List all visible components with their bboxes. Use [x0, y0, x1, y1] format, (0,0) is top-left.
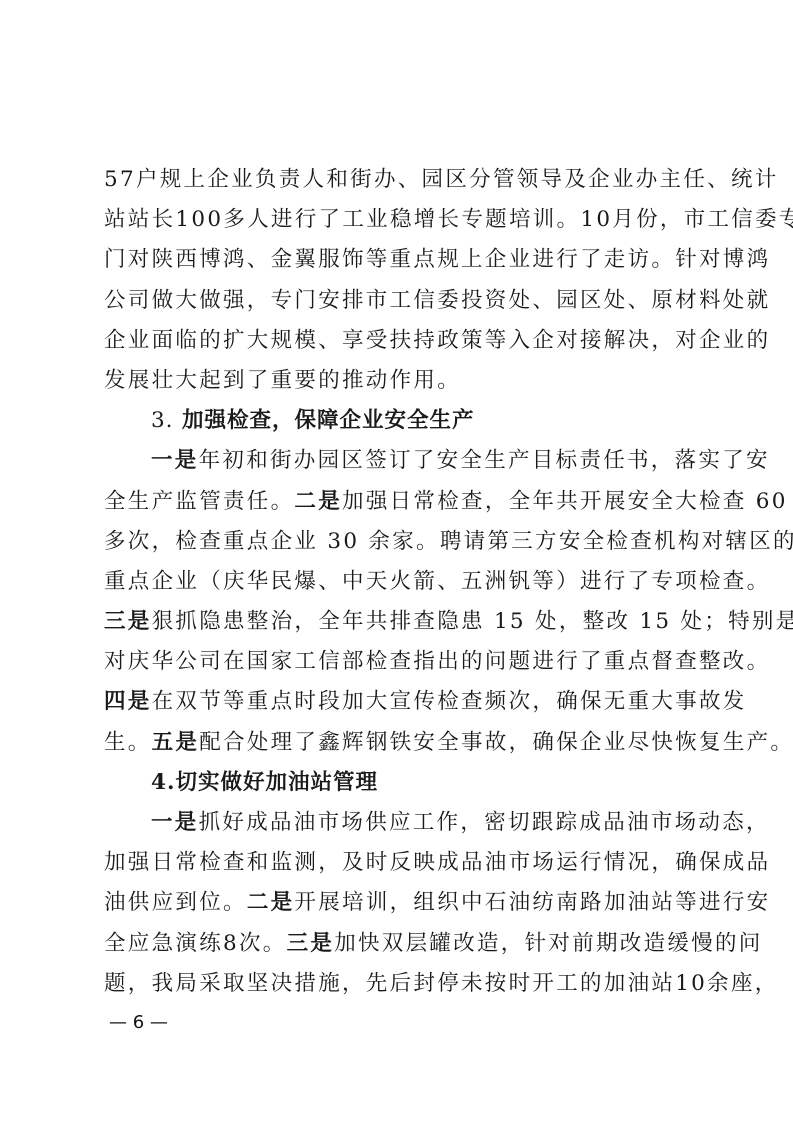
text-span: 加强日常检查，全年共开展安全大检查 60 — [342, 489, 788, 514]
text-span: 开展培训，组织中石油纺南路加油站等进行安 — [294, 890, 770, 915]
text-line: 生。五是配合处理了鑫辉钢铁安全事故，确保企业尽快恢复生产。 — [104, 723, 694, 763]
section-number: 4. — [151, 770, 175, 795]
text-span: 对庆华公司在国家工信部检查指出的问题进行了重点督查整改。 — [104, 649, 770, 674]
bold-lead: 三是 — [287, 931, 335, 956]
text-line: 油供应到位。二是开展培训，组织中石油纺南路加油站等进行安 — [104, 883, 694, 923]
text-line: 57户规上企业负责人和街办、园区分管领导及企业办主任、统计 — [104, 160, 694, 200]
bold-lead: 一是 — [151, 448, 199, 473]
text-span: 重点企业（庆华民爆、中天火箭、五洲钒等）进行了专项检查。 — [104, 569, 770, 594]
section-title: 加强检查，保障企业安全生产 — [182, 408, 475, 433]
bold-lead: 二是 — [247, 890, 295, 915]
bold-lead: 二是 — [294, 489, 342, 514]
text-line: 门对陕西博鸿、金翼服饰等重点规上企业进行了走访。针对博鸿 — [104, 240, 694, 280]
text-span: 狠抓隐患整治，全年共排查隐患 15 处，整改 15 处；特别是 — [152, 609, 793, 634]
text-span: 抓好成品油市场供应工作，密切跟踪成品油市场动态， — [199, 810, 770, 835]
document-page: 57户规上企业负责人和街办、园区分管领导及企业办主任、统计 站站长100多人进行… — [104, 160, 694, 1004]
text-span: 在双节等重点时段加大宣传检查频次，确保无重大事故发 — [152, 689, 747, 714]
text-span: 生。 — [104, 730, 152, 755]
text-span: 年初和街办园区签订了安全生产目标责任书，落实了安 — [199, 448, 770, 473]
text-line: 全生产监管责任。二是加强日常检查，全年共开展安全大检查 60 — [104, 482, 694, 522]
text-line: 一是年初和街办园区签订了安全生产目标责任书，落实了安 — [104, 441, 694, 481]
bold-lead: 一是 — [151, 810, 199, 835]
text-line: 三是狠抓隐患整治，全年共排查隐患 15 处，整改 15 处；特别是 — [104, 602, 694, 642]
text-span: 加快双层罐改造，针对前期改造缓慢的问 — [334, 931, 762, 956]
text-span: 油供应到位。 — [104, 890, 247, 915]
text-line: 全应急演练8次。三是加快双层罐改造，针对前期改造缓慢的问 — [104, 924, 694, 964]
text-line: 对庆华公司在国家工信部检查指出的问题进行了重点督查整改。 — [104, 642, 694, 682]
bold-lead: 五是 — [152, 730, 200, 755]
bold-lead: 四是 — [104, 689, 152, 714]
bold-lead: 三是 — [104, 609, 152, 634]
text-line: 发展壮大起到了重要的推动作用。 — [104, 361, 694, 401]
text-span: 加强日常检查和监测，及时反映成品油市场运行情况，确保成品 — [104, 850, 770, 875]
text-line: 多次，检查重点企业 30 余家。聘请第三方安全检查机构对辖区的 — [104, 522, 694, 562]
text-line: 重点企业（庆华民爆、中天火箭、五洲钒等）进行了专项检查。 — [104, 562, 694, 602]
section-heading-4: 4.切实做好加油站管理 — [104, 763, 694, 803]
text-line: 站站长100多人进行了工业稳增长专题培训。10月份，市工信委专 — [104, 200, 694, 240]
text-span: 配合处理了鑫辉钢铁安全事故，确保企业尽快恢复生产。 — [199, 730, 793, 755]
text-span: 题，我局采取坚决措施，先后封停未按时开工的加油站10余座， — [104, 971, 779, 996]
text-span: 多次，检查重点企业 30 余家。聘请第三方安全检查机构对辖区的 — [104, 529, 793, 554]
text-line: 公司做大做强，专门安排市工信委投资处、园区处、原材料处就 — [104, 281, 694, 321]
text-span: 全应急演练8次。 — [104, 931, 287, 956]
section-number: 3. — [151, 408, 174, 433]
text-line: 一是抓好成品油市场供应工作，密切跟踪成品油市场动态， — [104, 803, 694, 843]
section-heading-3: 3. 加强检查，保障企业安全生产 — [104, 401, 694, 441]
text-span: 全生产监管责任。 — [104, 489, 294, 514]
text-line: 四是在双节等重点时段加大宣传检查频次，确保无重大事故发 — [104, 682, 694, 722]
text-line: 加强日常检查和监测，及时反映成品油市场运行情况，确保成品 — [104, 843, 694, 883]
section-title: 切实做好加油站管理 — [175, 770, 378, 795]
page-number: — 6 — — [109, 1012, 168, 1033]
text-line: 题，我局采取坚决措施，先后封停未按时开工的加油站10余座， — [104, 964, 694, 1004]
text-line: 企业面临的扩大规模、享受扶持政策等入企对接解决，对企业的 — [104, 321, 694, 361]
